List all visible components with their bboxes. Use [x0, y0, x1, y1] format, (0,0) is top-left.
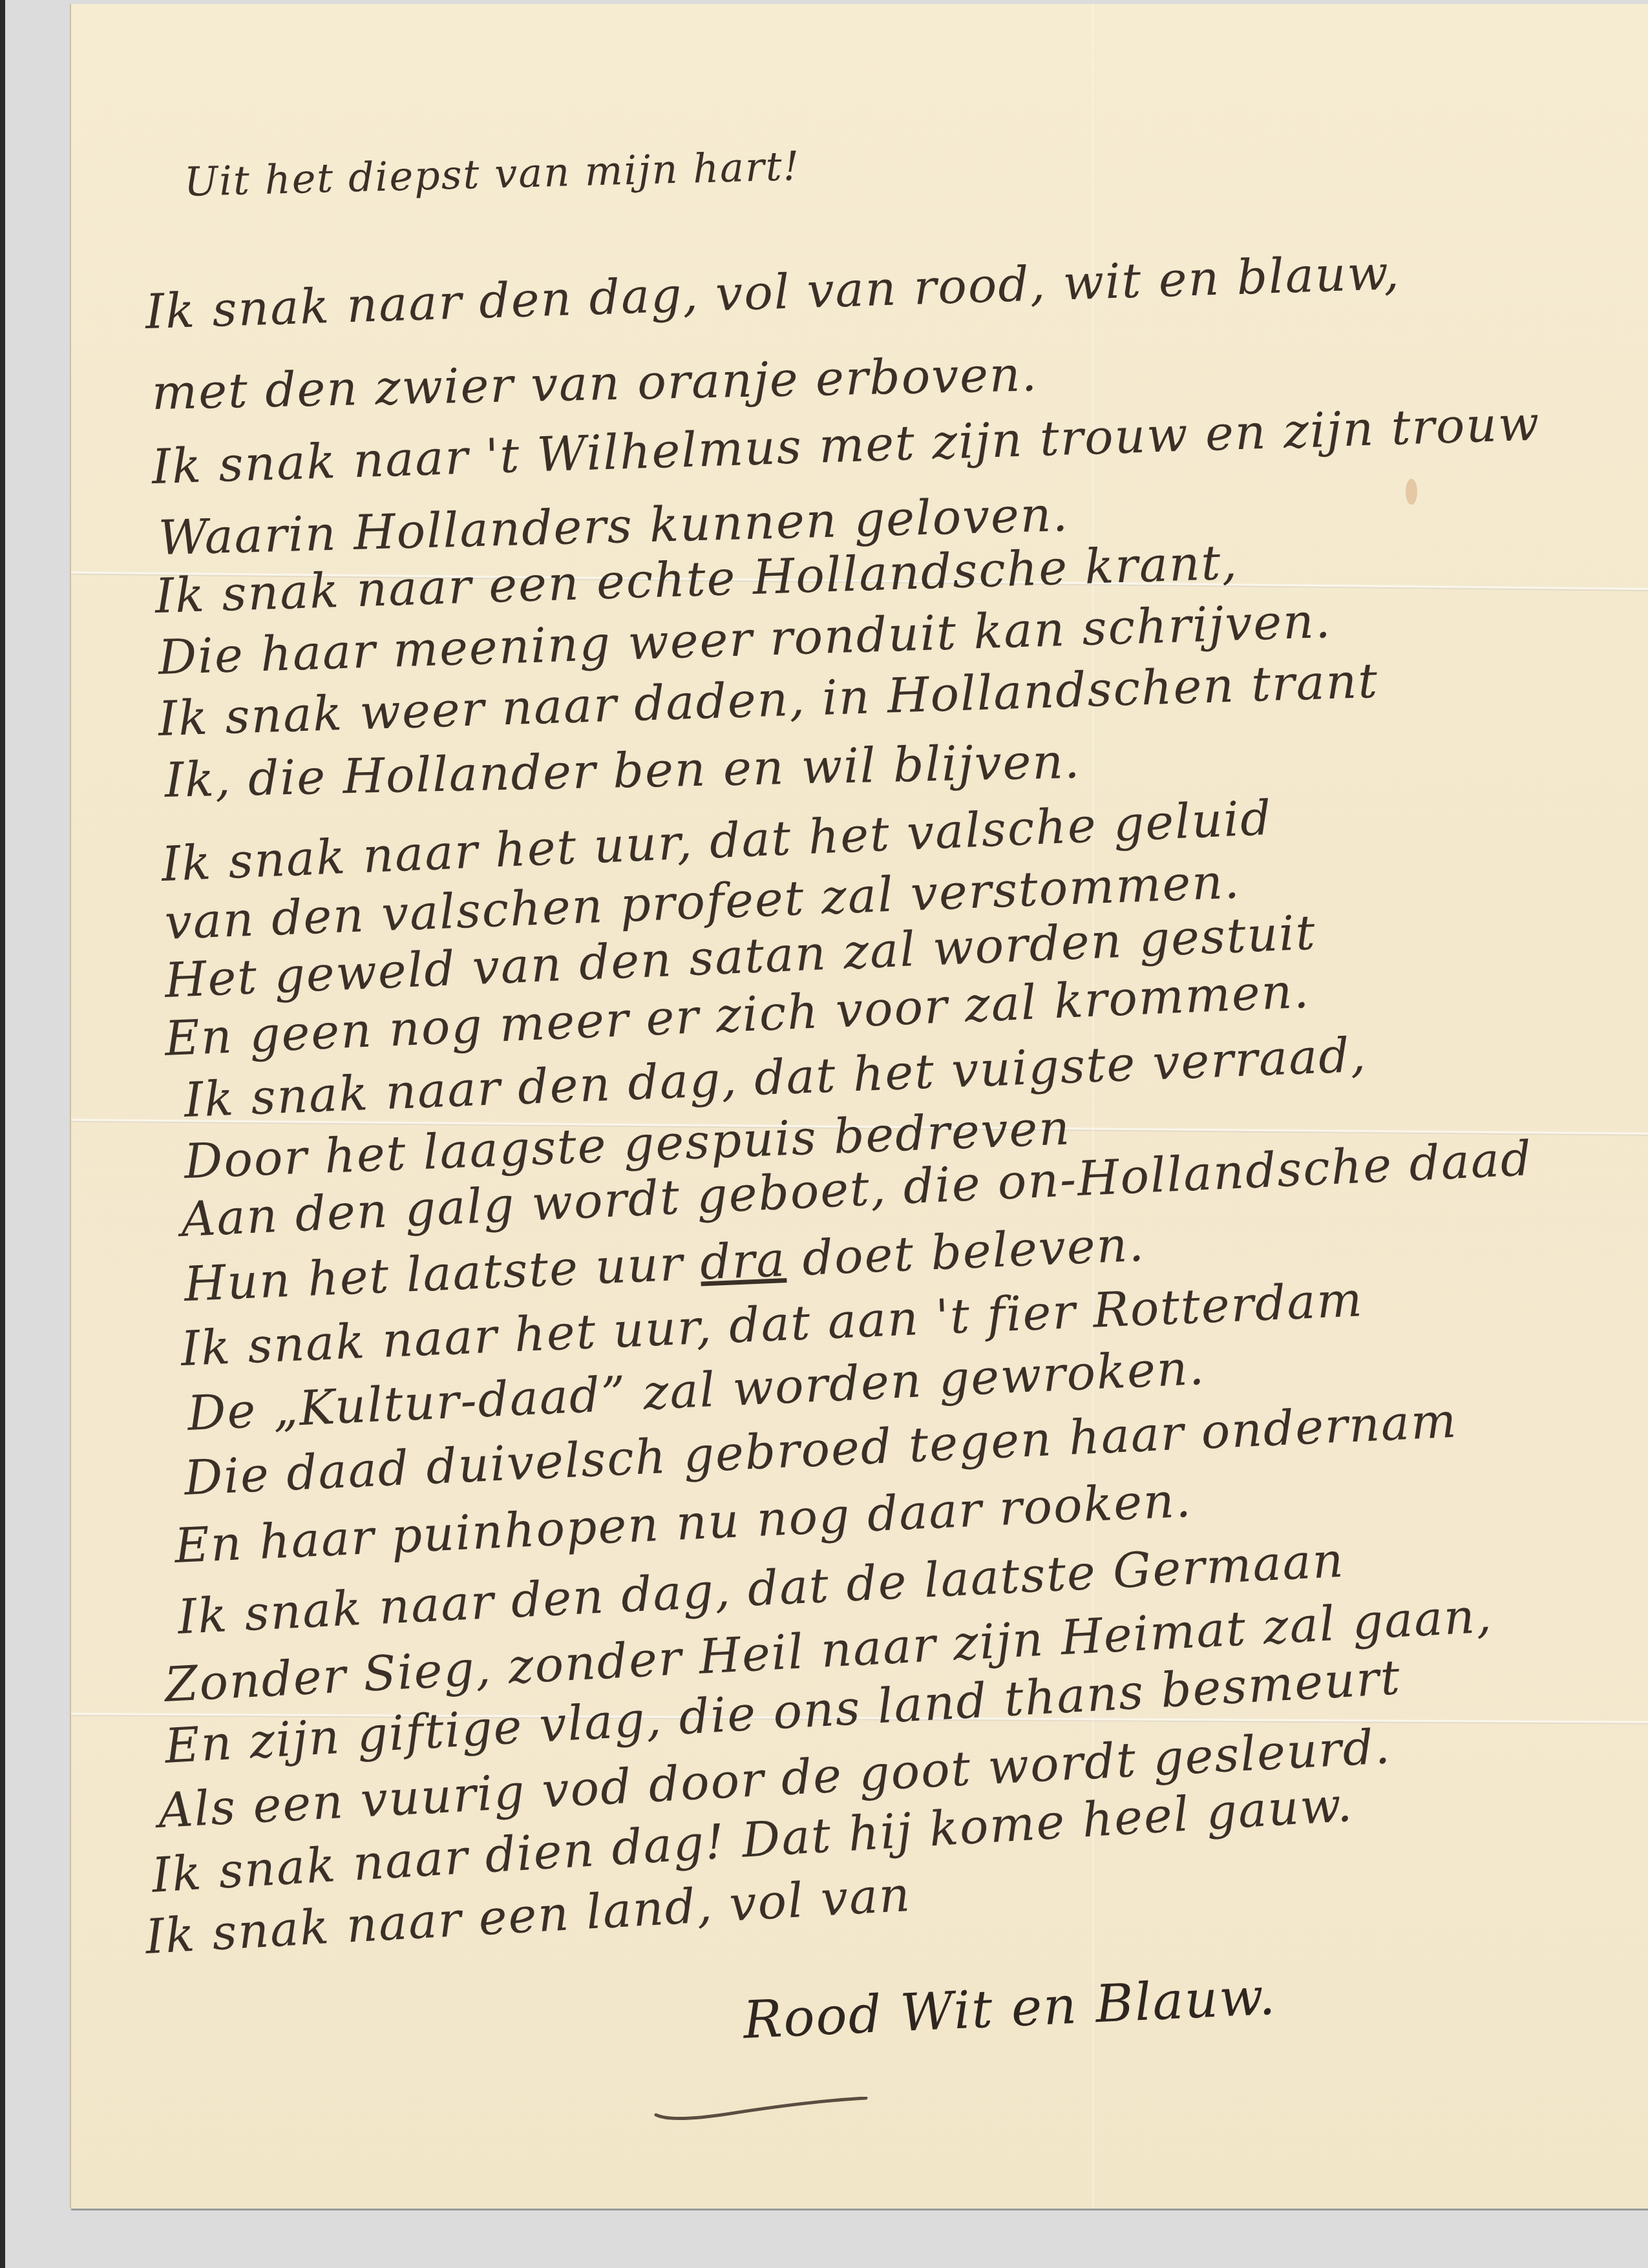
scan-border [0, 0, 5, 2268]
underlined-word: dra [699, 1232, 787, 1290]
ink-stain [1406, 479, 1417, 505]
flourish-underline [653, 2097, 976, 2123]
paper-fold-vertical [1092, 4, 1095, 2209]
